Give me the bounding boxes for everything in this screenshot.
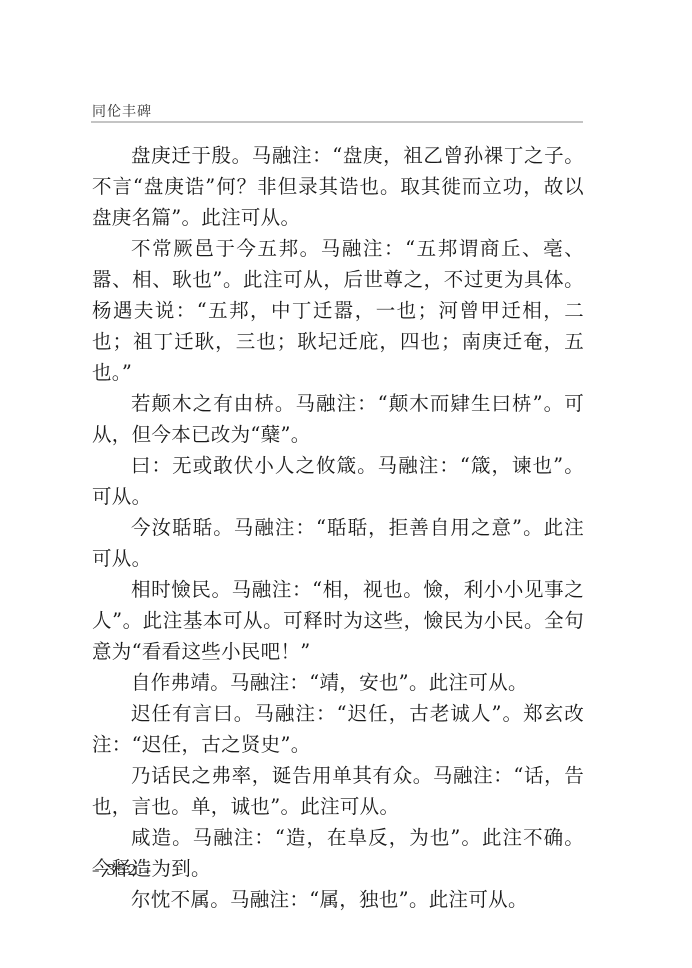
paragraph: 乃话民之弗率，诞告用单其有众。马融注：“话，告也，言也。单，诚也”。此注可从。 xyxy=(92,760,584,822)
paragraph: 今汝聒聒。马融注：“聒聒，拒善自用之意”。此注可从。 xyxy=(92,512,584,574)
paragraph: 盘庚迁于殷。马融注：“盘庚，祖乙曾孙祼丁之子。不言“盘庚诰”何？非但录其诰也。取… xyxy=(92,140,584,233)
paragraph: 相时憸民。马融注：“相，视也。憸，利小小见事之人”。此注基本可从。可释时为这些，… xyxy=(92,574,584,667)
paragraph: 自作弗靖。马融注：“靖，安也”。此注可从。 xyxy=(92,667,584,698)
body-text: 盘庚迁于殷。马融注：“盘庚，祖乙曾孙祼丁之子。不言“盘庚诰”何？非但录其诰也。取… xyxy=(92,140,584,915)
header-divider xyxy=(91,121,583,123)
paragraph: 不常厥邑于今五邦。马融注：“五邦谓商丘、亳、嚣、相、耿也”。此注可从，后世尊之，… xyxy=(92,233,584,388)
paragraph: 曰：无或敢伏小人之攸箴。马融注：“箴，谏也”。可从。 xyxy=(92,450,584,512)
page-number: – 352 – xyxy=(92,861,152,879)
paragraph: 尔忱不属。马融注：“属，独也”。此注可从。 xyxy=(92,884,584,915)
running-head-title: 同伦丰碑 xyxy=(92,101,152,121)
paragraph: 迟任有言曰。马融注：“迟任，古老诚人”。郑玄改注：“迟任，古之贤史”。 xyxy=(92,698,584,760)
paragraph: 若颠木之有由枿。马融注：“颠木而肄生曰枿”。可从，但今本已改为“蘖”。 xyxy=(92,388,584,450)
paragraph: 咸造。马融注：“造，在阜反，为也”。此注不确。今释造为到。 xyxy=(92,822,584,884)
